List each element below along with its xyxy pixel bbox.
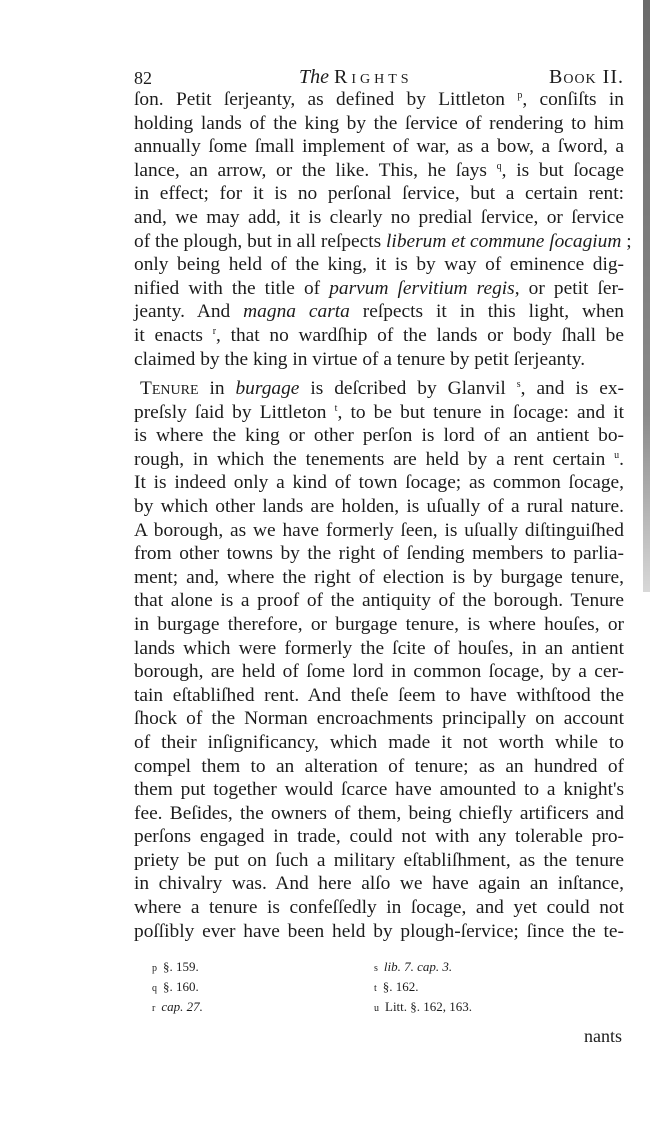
text-line: claimed by the king in virtue of a tenur…	[134, 348, 624, 372]
text-line: and, we may add, it is clearly no predia…	[134, 206, 624, 230]
text-line: of the plough, but in all reſpects liber…	[134, 230, 624, 254]
text-line: in burgage therefore, or burgage tenure,…	[134, 613, 624, 637]
text-line: tain eſtabliſhed rent. And theſe ſeem to…	[134, 684, 624, 708]
text-line: A borough, as we have formerly ſeen, is …	[134, 519, 624, 543]
text-line: in effect; for it is no perſonal ſervice…	[134, 182, 624, 206]
text-line: by which other lands are holden, is uſua…	[134, 495, 624, 519]
text-line: priety be put on ſuch a military eſtabli…	[134, 849, 624, 873]
footnote-t: t§. 162.	[374, 977, 472, 997]
text-line: jeanty. And magna carta reſpects it in t…	[134, 300, 624, 324]
running-title-the: The	[299, 66, 329, 88]
footnote-s: slib. 7. cap. 3.	[374, 957, 472, 977]
paragraph-tenure-in-burgage: Tenure in burgage is deſcribed by Glanvi…	[134, 377, 624, 943]
text-line: nified with the title of parvum ſervitiu…	[134, 277, 624, 301]
running-header: 82 The Rights Book II.	[134, 66, 624, 90]
text-line: compel them to an alteration of tenure; …	[134, 755, 624, 779]
text-line: ſon. Petit ſerjeanty, as defined by Litt…	[134, 88, 624, 112]
footnote-q: q§. 160.	[152, 977, 203, 997]
text-line: of their inſignificancy, which made it n…	[134, 731, 624, 755]
running-title-rights: Rights	[334, 66, 413, 88]
footnote-u: uLitt. §. 162, 163.	[374, 997, 472, 1017]
text-line: perſons engaged in trade, could not with…	[134, 825, 624, 849]
text-line: is where the king or other perſon is lor…	[134, 424, 624, 448]
text-line: it enacts r, that no wardſhip of the lan…	[134, 324, 624, 348]
paragraph-petit-serjeanty: ſon. Petit ſerjeanty, as defined by Litt…	[134, 88, 624, 371]
footnotes-left-column: p§. 159. q§. 160. rcap. 27.	[152, 957, 203, 1017]
text-line: them put together would ſcarce have amou…	[134, 778, 624, 802]
text-line: from other towns by the right of ſending…	[134, 542, 624, 566]
text-line: only being held of the king, it is by wa…	[134, 253, 624, 277]
footnote-p: p§. 159.	[152, 957, 203, 977]
footnotes-right-column: slib. 7. cap. 3. t§. 162. uLitt. §. 162,…	[374, 957, 472, 1017]
text-line: holding lands of the king by the ſervice…	[134, 112, 624, 136]
text-line: annually ſome ſmall implement of war, as…	[134, 135, 624, 159]
catchword: nants	[584, 1026, 622, 1047]
text-line: fee. Beſides, the owners of them, being …	[134, 802, 624, 826]
text-line: ment; and, where the right of election i…	[134, 566, 624, 590]
page-number: 82	[134, 68, 152, 89]
text-line: rough, in which the tenements are held b…	[134, 448, 624, 472]
book-label: Book II.	[549, 66, 624, 89]
text-line: where a tenure is confeſſedly in ſocage,…	[134, 896, 624, 920]
text-line: lance, an arrow, or the like. This, he ſ…	[134, 159, 624, 183]
running-title: The Rights	[299, 66, 413, 89]
text-line: preſsly ſaid by Littleton t, to be but t…	[134, 401, 624, 425]
text-line: lands which were formerly the ſcite of h…	[134, 637, 624, 661]
text-line: It is indeed only a kind of town ſocage;…	[134, 471, 624, 495]
text-line: ſhock of the Norman encroachments princi…	[134, 707, 624, 731]
text-line: that alone is a proof of the antiquity o…	[134, 589, 624, 613]
footnote-r: rcap. 27.	[152, 997, 203, 1017]
text-line: borough, are held of ſome lord in common…	[134, 660, 624, 684]
binding-gutter-shadow	[643, 0, 650, 592]
text-line: in chivalry was. And here alſo we have a…	[134, 872, 624, 896]
text-line: Tenure in burgage is deſcribed by Glanvi…	[134, 377, 624, 401]
text-line: poſſibly ever have been held by plough-ſ…	[134, 920, 624, 944]
